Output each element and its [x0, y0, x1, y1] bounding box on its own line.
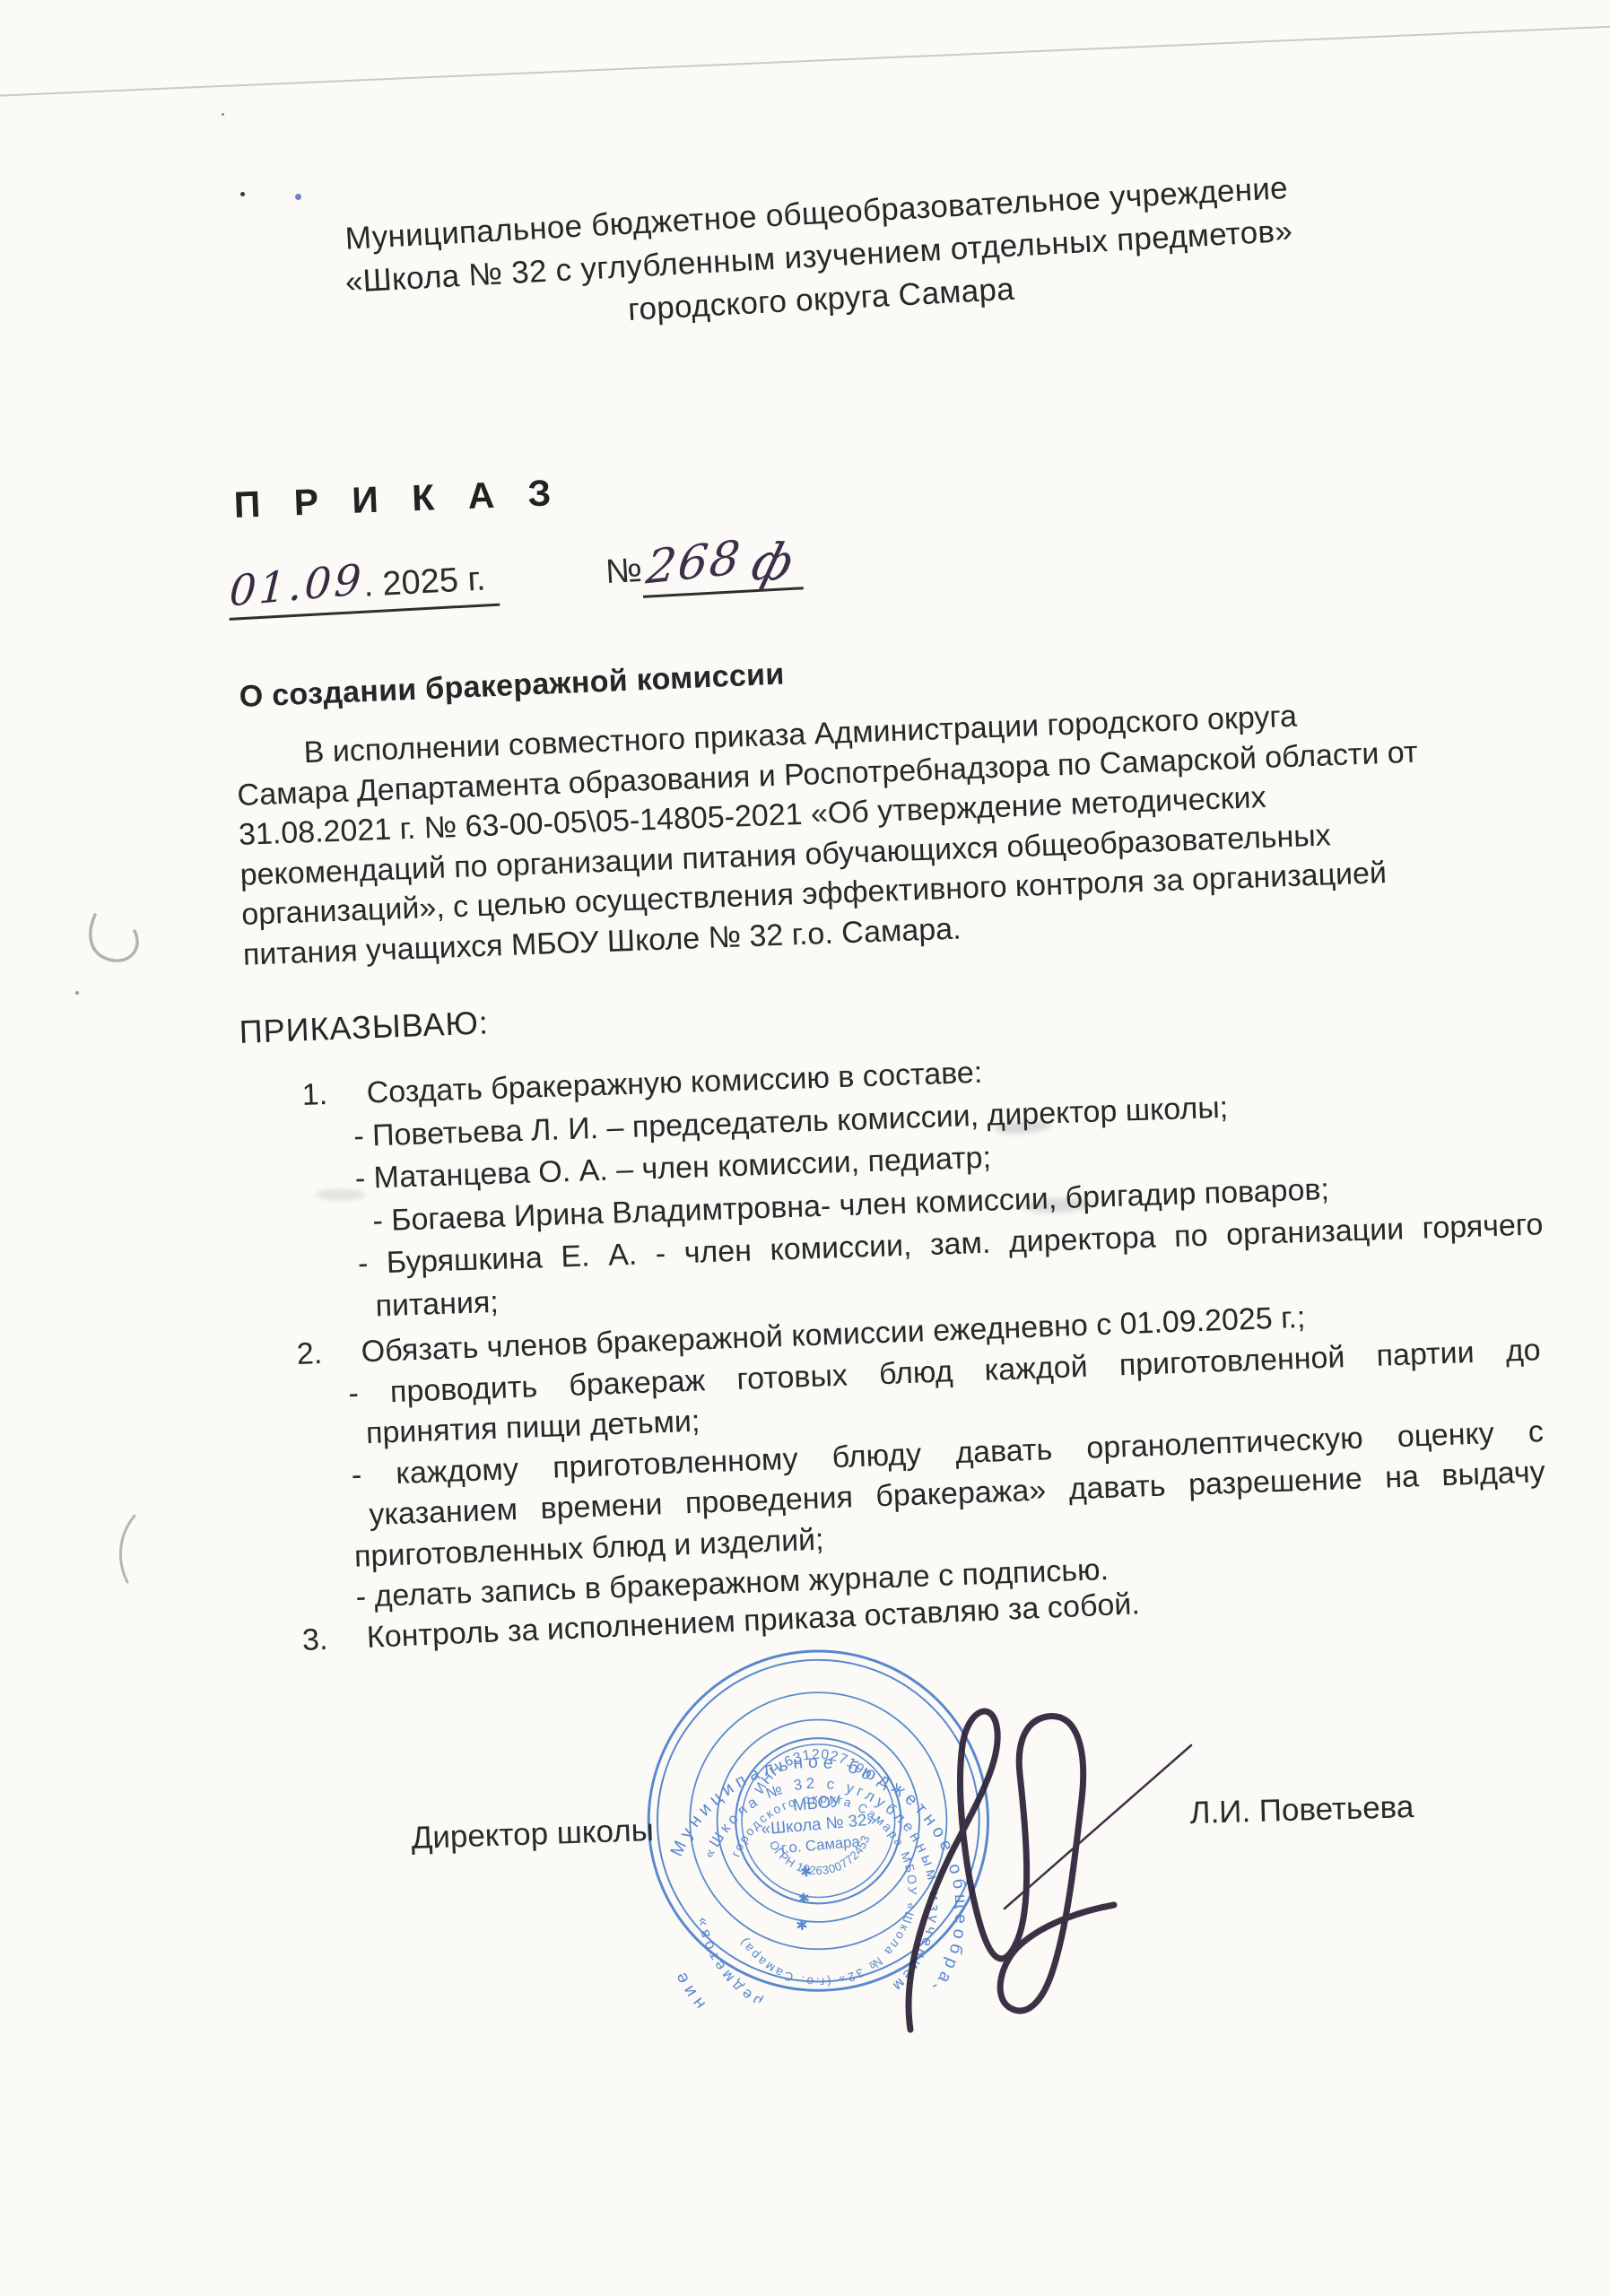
- handwritten-number-suffix: ф: [745, 533, 799, 593]
- signoff-name: Л.И. Поветьева: [1189, 1789, 1414, 1831]
- signoff-position: Директор школы: [411, 1813, 654, 1857]
- number-sign: №: [605, 552, 643, 591]
- item-number: 2.: [296, 1332, 362, 1375]
- number-field: 268ф: [640, 526, 805, 598]
- org-header: Муниципальное бюджетное общеобразователь…: [260, 162, 1378, 352]
- order-item-2: 2.Обязать членов бракеражной комиссии еж…: [296, 1289, 1549, 1620]
- item-number: 3.: [301, 1617, 368, 1662]
- typed-year: . 2025 г.: [362, 560, 486, 604]
- ink-speck: [295, 194, 301, 200]
- order-subject: О создании бракеражной комиссии: [239, 657, 785, 715]
- stamp-center-line: МБОУ: [792, 1791, 841, 1814]
- margin-pen-mark: [111, 1512, 142, 1587]
- stamp-star-icon: ✱: [796, 1918, 809, 1934]
- director-signature: [861, 1666, 1238, 2052]
- resolution-label: ПРИКАЗЫВАЮ:: [239, 1004, 490, 1051]
- handwritten-date: 01.09: [228, 555, 365, 617]
- order-date-row: 01.09. 2025 г.№268ф: [226, 526, 804, 621]
- date-field: 01.09. 2025 г.: [226, 551, 499, 621]
- order-title: П Р И К А З: [233, 472, 563, 526]
- signature-flourish-stroke: [1005, 1745, 1191, 1909]
- scan-edge-line: [0, 23, 1610, 97]
- stamp-star-icon: ✱: [797, 1892, 811, 1908]
- dust-speck: [75, 991, 79, 995]
- order-item-1: 1.Создать бракеражную комиссию в составе…: [301, 1033, 1545, 1330]
- margin-pen-squiggle: [83, 902, 149, 970]
- signature-stroke: [909, 1711, 1114, 2030]
- handwritten-number: 268: [644, 531, 744, 596]
- stamp-star-icon: ✱: [799, 1865, 813, 1881]
- intro-paragraph: В исполнении совместного приказа Админис…: [235, 687, 1571, 975]
- item-number: 1.: [301, 1073, 368, 1118]
- dust-speck: [240, 192, 245, 196]
- dust-speck: [222, 113, 224, 116]
